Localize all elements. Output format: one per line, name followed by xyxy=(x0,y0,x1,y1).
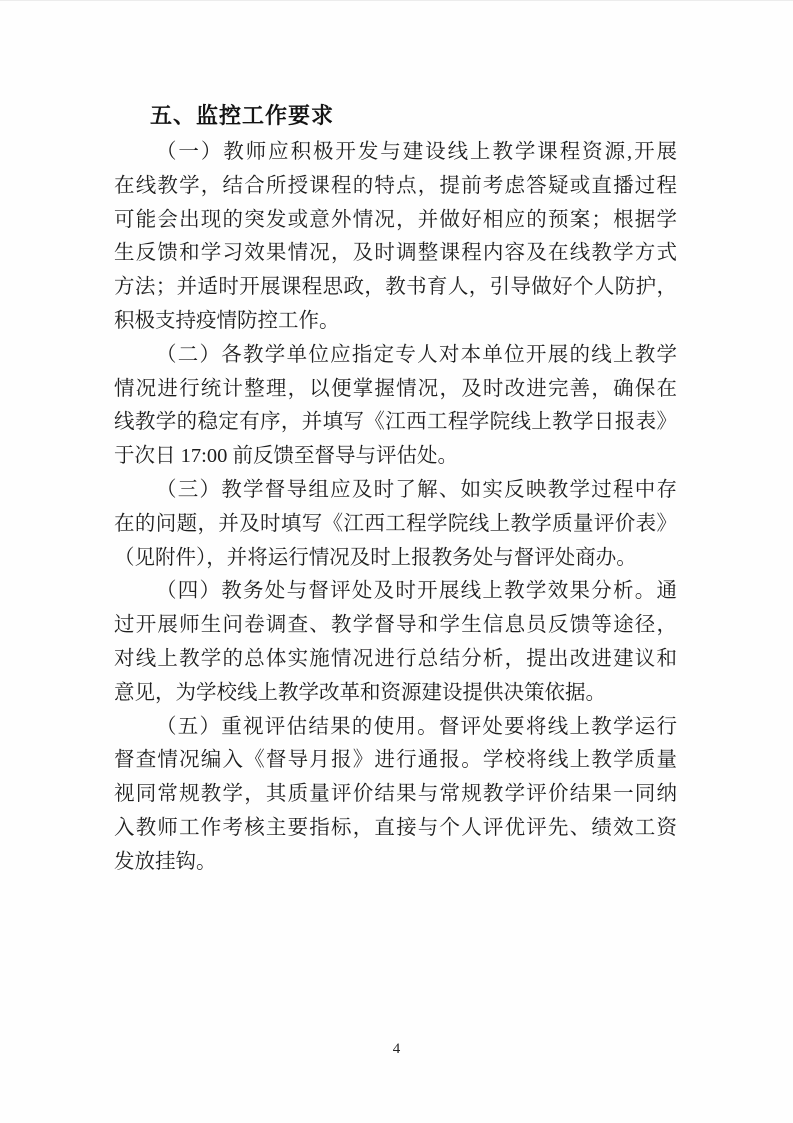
paragraph: （三）教学督导组应及时了解、如实反映教学过程中存在的问题，并及时填写《江西工程学… xyxy=(114,474,677,575)
paragraph-container: （一）教师应积极开发与建设线上教学课程资源,开展在线教学，结合所授课程的特点，提… xyxy=(114,136,677,880)
text-line: （一）教师应积极开发与建设线上教学课程资源,开展 xyxy=(114,136,677,170)
text-line: 在的问题，并及时填写《江西工程学院线上教学质量评价表》 xyxy=(114,508,677,542)
document-body: 五、监控工作要求 （一）教师应积极开发与建设线上教学课程资源,开展在线教学，结合… xyxy=(114,98,677,880)
paragraph: （一）教师应积极开发与建设线上教学课程资源,开展在线教学，结合所授课程的特点，提… xyxy=(114,136,677,339)
text-line: （五）重视评估结果的使用。督评处要将线上教学运行 xyxy=(114,711,677,745)
text-line: 积极支持疫情防控工作。 xyxy=(114,305,677,339)
paragraph: （二）各教学单位应指定专人对本单位开展的线上教学情况进行统计整理，以便掌握情况，… xyxy=(114,339,677,474)
text-line: 生反馈和学习效果情况，及时调整课程内容及在线教学方式 xyxy=(114,237,677,271)
text-line: 入教师工作考核主要指标，直接与个人评优评先、绩效工资 xyxy=(114,812,677,846)
text-line: 可能会出现的突发或意外情况，并做好相应的预案；根据学 xyxy=(114,204,677,238)
page-number: 4 xyxy=(0,1039,793,1059)
text-line: 方法；并适时开展课程思政，教书育人，引导做好个人防护， xyxy=(114,271,677,305)
text-line: 在线教学，结合所授课程的特点，提前考虑答疑或直播过程 xyxy=(114,170,677,204)
text-line: （三）教学督导组应及时了解、如实反映教学过程中存 xyxy=(114,474,677,508)
text-line: （见附件），并将运行情况及时上报教务处与督评处商办。 xyxy=(114,542,677,576)
text-line: （二）各教学单位应指定专人对本单位开展的线上教学 xyxy=(114,339,677,373)
text-line: 对线上教学的总体实施情况进行总结分析，提出改进建议和 xyxy=(114,643,677,677)
text-line: 发放挂钩。 xyxy=(114,846,677,880)
paragraph: （五）重视评估结果的使用。督评处要将线上教学运行督查情况编入《督导月报》进行通报… xyxy=(114,711,677,880)
section-heading: 五、监控工作要求 xyxy=(114,98,677,134)
text-line: 于次日 17:00 前反馈至督导与评估处。 xyxy=(114,440,677,474)
text-line: 督查情况编入《督导月报》进行通报。学校将线上教学质量 xyxy=(114,744,677,778)
paragraph: （四）教务处与督评处及时开展线上教学效果分析。通过开展师生问卷调查、教学督导和学… xyxy=(114,575,677,710)
text-line: 线教学的稳定有序，并填写《江西工程学院线上教学日报表》 xyxy=(114,406,677,440)
text-line: 过开展师生问卷调查、教学督导和学生信息员反馈等途径， xyxy=(114,609,677,643)
text-line: 视同常规教学，其质量评价结果与常规教学评价结果一同纳 xyxy=(114,778,677,812)
text-line: 意见，为学校线上教学改革和资源建设提供决策依据。 xyxy=(114,677,677,711)
text-line: 情况进行统计整理，以便掌握情况，及时改进完善，确保在 xyxy=(114,373,677,407)
text-line: （四）教务处与督评处及时开展线上教学效果分析。通 xyxy=(114,575,677,609)
document-page: 五、监控工作要求 （一）教师应积极开发与建设线上教学课程资源,开展在线教学，结合… xyxy=(0,0,793,1123)
